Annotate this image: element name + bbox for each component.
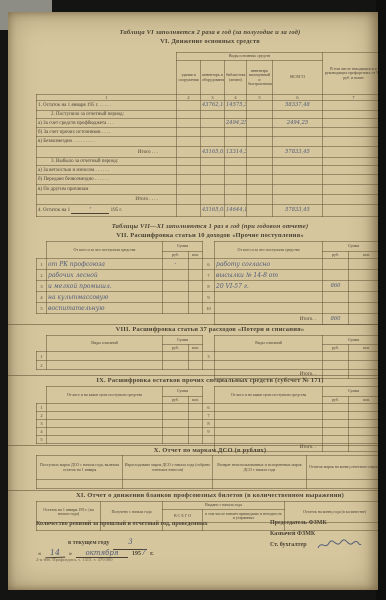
empty-cell	[163, 404, 189, 412]
t7-r3-text: 20 VI-57 г.	[215, 281, 323, 292]
t6-r1-inventory: 43762,10	[201, 101, 225, 111]
t6-r12-label: 4. Остаток на 1 ʺ 195 г.	[37, 205, 177, 217]
empty-cell	[189, 281, 203, 292]
signature-scribble	[316, 538, 362, 552]
table-xi-title: XI. Отчет о движении бланков профсоюзных…	[36, 492, 378, 499]
empty-cell	[349, 292, 378, 303]
accountant-label: Ст. бухгалтер	[270, 542, 307, 548]
t7-left-kop: коп.	[189, 252, 203, 259]
t8-row-2: 2	[37, 361, 379, 370]
empty-cell	[203, 314, 215, 325]
empty-cell	[163, 361, 189, 370]
t11-c1-header: Остаток на 1 января 195 г. (на начало го…	[37, 502, 101, 523]
t9-row-5: 5	[37, 436, 379, 444]
empty-cell	[47, 314, 163, 325]
empty-cell	[163, 314, 189, 325]
empty-cell	[37, 387, 47, 404]
empty-cell	[37, 242, 47, 259]
t6-r12-total: 57833,45	[273, 205, 323, 217]
empty-cell	[247, 158, 273, 166]
t9-r2-num: 7	[203, 412, 215, 420]
empty-cell	[323, 292, 349, 303]
empty-cell	[177, 147, 201, 158]
empty-cell	[323, 205, 379, 217]
empty-cell	[189, 352, 203, 361]
empty-cell	[201, 128, 225, 137]
section-divider-ix	[8, 375, 378, 376]
empty-cell	[215, 436, 323, 444]
t7-right-sum-header: Сумма	[323, 242, 378, 252]
t7-l2-num: 2	[37, 270, 47, 281]
t7-r5-num: 10	[203, 303, 215, 314]
empty-cell	[247, 166, 273, 175]
t9-right-kop: коп.	[349, 397, 378, 404]
t6-r1-label: 1. Остаток на 1 января 195 г. . . . . .	[37, 101, 177, 111]
empty-cell	[213, 480, 307, 489]
empty-cell	[215, 412, 323, 420]
t6-row-worn-out: а) За ветхостью и износом . . . . . .	[37, 166, 379, 175]
t6-col2-header: инвентарь и оборудование	[201, 61, 225, 95]
t8-right-header: Виды списаний	[215, 336, 323, 352]
empty-cell	[323, 270, 349, 281]
empty-cell	[247, 128, 273, 137]
empty-cell	[203, 387, 215, 404]
empty-cell	[323, 119, 379, 128]
empty-cell	[323, 412, 349, 420]
empty-cell	[37, 336, 47, 352]
t6-r12-library: 14644,13	[225, 205, 247, 217]
t8-r1-num: 3	[203, 352, 215, 361]
t10-c2-header: Израсходовано марок ДСО с начала года (с…	[123, 456, 213, 480]
t6-r1-total: 58337,48	[273, 101, 323, 111]
empty-cell	[349, 412, 378, 420]
t11-c3-group-header: Выдано с начала года	[163, 502, 285, 510]
t7-right-kop: коп.	[349, 252, 378, 259]
t7-r1-num: 6	[203, 259, 215, 270]
empty-cell	[225, 175, 247, 185]
t7-r4-text	[215, 292, 323, 303]
empty-cell	[225, 158, 247, 166]
empty-cell	[273, 185, 323, 195]
table-vi-title: VI. Движение основных средств	[36, 38, 378, 45]
t6-r9-label: б) Передано безвозмездно . . . . . .	[37, 175, 177, 185]
empty-cell	[47, 404, 163, 412]
t6-row-balance-jan: 1. Остаток на 1 января 195 г. . . . . . …	[37, 101, 379, 111]
t9-row-2: 2 7	[37, 412, 379, 420]
empty-cell	[247, 119, 273, 128]
empty-cell	[201, 119, 225, 128]
t6-group-header: Виды основных средств	[177, 53, 323, 61]
empty-cell	[163, 428, 189, 436]
t6-r11-label: Итого . . . .	[37, 195, 177, 205]
empty-cell	[189, 412, 203, 420]
t6-r3-total: 2494,25	[273, 119, 323, 128]
empty-cell	[177, 185, 201, 195]
t6-r12-label-a: 4. Остаток на 1	[38, 208, 70, 213]
t9-row-1: 1 6	[37, 404, 379, 412]
t7-r3-rub: 860	[323, 281, 349, 292]
empty-cell	[203, 242, 215, 259]
scanned-form-page: { "colors":{"paper":"#d6c69e","ink":"#4a…	[0, 0, 386, 600]
t9-left-header: От кого и на какие цели поступили средст…	[47, 387, 163, 404]
form-paper: Таблица VI заполняется 2 раза в год (за …	[8, 12, 378, 590]
empty-cell	[225, 128, 247, 137]
empty-cell	[163, 281, 189, 292]
t6-r3-library: 2494,25	[225, 119, 247, 128]
empty-cell	[177, 119, 201, 128]
t7-l4-text: на культмассовую	[47, 292, 163, 303]
t6-row-other-sources: б) За счет прочих источников . . . .	[37, 128, 379, 137]
empty-cell	[177, 158, 201, 166]
empty-cell	[201, 158, 225, 166]
date-year-suffix: г.	[150, 551, 154, 557]
empty-cell	[47, 352, 163, 361]
t6-r2-label: 2. Поступило за отчетный период:	[37, 111, 177, 119]
t7-l5-text: воспитательную	[47, 303, 163, 314]
empty-cell	[177, 195, 201, 205]
empty-cell	[323, 166, 379, 175]
t9-l2-num: 2	[37, 412, 47, 420]
t9-row-3: 3 8	[37, 420, 379, 428]
t6-col5-header: ВСЕГО	[273, 61, 323, 95]
empty-cell	[273, 175, 323, 185]
t9-right-sum-header: Сумма	[323, 387, 378, 397]
t8-left-rub: руб.	[163, 345, 189, 352]
t6-r10-label: в) По другим причинам	[37, 185, 177, 195]
empty-cell	[47, 420, 163, 428]
empty-cell	[273, 137, 323, 147]
empty-cell	[47, 412, 163, 420]
empty-cell	[177, 111, 201, 119]
revisions-line-1: Количество ревизий за прошлый и отчетный…	[36, 521, 252, 527]
t8-left-kop: коп.	[189, 345, 203, 352]
empty-cell	[163, 412, 189, 420]
empty-cell	[323, 404, 349, 412]
empty-cell	[323, 147, 379, 158]
empty-cell	[201, 166, 225, 175]
t7-l3-text: и мелкой промышл.	[47, 281, 163, 292]
t6-r6-label: Итого . . .	[37, 147, 177, 158]
t6-r6-inventory: 43165,02	[201, 147, 225, 158]
t10-c1-header: Поступило марок ДСО с начала года, включ…	[37, 456, 123, 480]
t8-l1-num: 1	[37, 352, 47, 361]
empty-cell	[189, 436, 203, 444]
t7-right-rub: руб.	[323, 252, 349, 259]
t6-row-given-gratis: б) Передано безвозмездно . . . . . .	[37, 175, 379, 185]
table-viii: Виды списаний Сумма Виды списаний Сумма …	[36, 335, 378, 379]
t6-r12-month-blank: ʺ	[71, 208, 109, 214]
t8-left-header: Виды списаний	[47, 336, 163, 352]
t7-itogo-label: Итого. .	[215, 314, 323, 325]
empty-cell	[225, 195, 247, 205]
table-ix: От кого и на какие цели поступили средст…	[36, 386, 378, 452]
t7-row-1: 1 от РК профсоюза - 6 работу согласно	[37, 259, 379, 270]
empty-cell	[215, 352, 323, 361]
table-x-title: X. Отчет по маркам ДСО (в рублях)	[36, 447, 378, 454]
empty-cell	[349, 352, 378, 361]
t7-row-3: 3 и мелкой промышл. 8 20 VI-57 г. 860	[37, 281, 379, 292]
empty-cell	[189, 361, 203, 370]
t9-r1-num: 6	[203, 404, 215, 412]
empty-cell	[47, 428, 163, 436]
empty-cell	[163, 303, 189, 314]
t6-row-subtotal-2: Итого . . . .	[37, 195, 379, 205]
empty-cell	[177, 101, 201, 111]
empty-cell	[349, 420, 378, 428]
empty-cell	[189, 270, 203, 281]
empty-cell	[323, 361, 349, 370]
tables-vii-xi-note: Таблицы VII—XI заполняются 1 раз в год (…	[36, 223, 378, 230]
t6-row-received-header: 2. Поступило за отчетный период:	[37, 111, 379, 119]
empty-cell	[163, 292, 189, 303]
empty-cell	[323, 185, 379, 195]
table-viii-title: VIII. Расшифровка статьи 37 расходов «По…	[36, 326, 378, 333]
t6-r12-inventory: 43165,02	[201, 205, 225, 217]
empty-cell	[201, 185, 225, 195]
empty-cell	[323, 352, 349, 361]
empty-cell	[177, 205, 201, 217]
t7-r2-text: высылки № 14-8 от	[215, 270, 323, 281]
t6-r3-label: а) За счет средств профбюджета . . .	[37, 119, 177, 128]
empty-cell	[323, 195, 379, 205]
chairman-label: Председатель ФЗМК	[270, 520, 327, 526]
t9-row-4: 4 9	[37, 428, 379, 436]
empty-cell	[201, 195, 225, 205]
t11-c2-header: Получено с начала года	[101, 502, 163, 523]
t9-r5-num	[203, 436, 215, 444]
t6-col4-header: инвентарь малоценный и быстроизнашивающи…	[247, 61, 273, 95]
section-divider-xi	[8, 490, 378, 491]
empty-cell	[225, 137, 247, 147]
t9-l3-num: 3	[37, 420, 47, 428]
t7-left-sum-header: Сумма	[163, 242, 203, 252]
t10-body-row	[37, 480, 379, 489]
empty-cell	[37, 480, 123, 489]
t10-c4-header: Остаток марок на конец отчетного периода	[307, 456, 379, 480]
empty-cell	[203, 336, 215, 352]
empty-cell	[201, 137, 225, 147]
empty-cell	[323, 158, 379, 166]
empty-cell	[273, 158, 323, 166]
t7-r5-text	[215, 303, 323, 314]
empty-cell	[189, 259, 203, 270]
t9-l5-num: 5	[37, 436, 47, 444]
empty-cell	[225, 166, 247, 175]
t7-left-who-header: От кого и за что поступили средства	[47, 242, 163, 259]
t7-left-rub: руб.	[163, 252, 189, 259]
empty-cell	[215, 361, 323, 370]
t6-r6-library: 13314,36	[225, 147, 247, 158]
t9-r4-num: 9	[203, 428, 215, 436]
empty-cell	[177, 166, 201, 175]
t8-row-1: 1 3	[37, 352, 379, 361]
empty-cell	[323, 259, 349, 270]
t6-r5-label: в) Безвозмездно . . . . . . . . .	[37, 137, 177, 147]
t7-r1-text: работу согласно	[215, 259, 323, 270]
empty-cell	[323, 175, 379, 185]
t9-l4-num: 4	[37, 428, 47, 436]
empty-cell	[247, 137, 273, 147]
t6-row-gratis: в) Безвозмездно . . . . . . . . .	[37, 137, 379, 147]
t8-right-rub: руб.	[323, 345, 349, 352]
t7-l4-num: 4	[37, 292, 47, 303]
t8-l2-num: 2	[37, 361, 47, 370]
table-vi-note: Таблица VI заполняется 2 раза в год (за …	[36, 29, 378, 36]
t9-l1-num: 1	[37, 404, 47, 412]
empty-cell	[247, 195, 273, 205]
empty-cell	[47, 361, 163, 370]
t7-l1-num: 1	[37, 259, 47, 270]
empty-cell	[307, 480, 379, 489]
empty-cell	[323, 128, 379, 137]
t7-itogo-rub: 860	[323, 314, 349, 325]
empty-cell	[349, 259, 378, 270]
empty-cell	[247, 185, 273, 195]
empty-cell	[323, 428, 349, 436]
section-divider-x	[8, 445, 378, 446]
empty-cell	[189, 420, 203, 428]
empty-cell	[349, 404, 378, 412]
t10-c3-header: Возврат неиспользованных и испорченных м…	[213, 456, 307, 480]
date-year-digit-handwritten: 7	[141, 548, 146, 557]
t8-right-sum-header: Сумма	[323, 336, 378, 345]
table-vii-title: VII. Расшифровка статьи 10 доходов «Проч…	[36, 232, 378, 239]
empty-cell	[273, 111, 323, 119]
empty-cell	[349, 281, 378, 292]
t7-r4-num: 9	[203, 292, 215, 303]
table-vi: Виды основных средств В том числе находя…	[36, 52, 378, 217]
t7-l1-text: от РК профсоюза	[47, 259, 163, 270]
empty-cell	[273, 166, 323, 175]
empty-cell	[247, 175, 273, 185]
empty-cell	[323, 420, 349, 428]
empty-cell	[323, 436, 349, 444]
empty-cell	[323, 303, 349, 314]
t7-row-2: 2 рабочих лесной 7 высылки № 14-8 от	[37, 270, 379, 281]
t9-right-rub: руб.	[323, 397, 349, 404]
empty-cell	[189, 428, 203, 436]
t6-r1-library: 14575,38	[225, 101, 247, 111]
empty-cell	[163, 420, 189, 428]
t8-r2-num	[203, 361, 215, 370]
date-year-printed: 195	[132, 551, 141, 557]
t7-l2-text: рабочих лесной	[47, 270, 163, 281]
t6-r4-label: б) За счет прочих источников . . . .	[37, 128, 177, 137]
empty-cell	[323, 137, 379, 147]
empty-cell	[349, 314, 378, 325]
empty-cell	[247, 101, 273, 111]
empty-cell	[349, 436, 378, 444]
t7-l3-num: 3	[37, 281, 47, 292]
empty-cell	[215, 404, 323, 412]
table-x: Поступило марок ДСО с начала года, включ…	[36, 455, 378, 489]
empty-cell	[349, 303, 378, 314]
empty-cell	[177, 175, 201, 185]
empty-cell	[201, 111, 225, 119]
t7-r3-num: 8	[203, 281, 215, 292]
t7-row-5: 5 воспитательную 10	[37, 303, 379, 314]
print-shop-imprint: 2-я тип. Профиздата, з. 1415, т. 470.000	[36, 557, 113, 562]
empty-cell	[273, 128, 323, 137]
t7-r2-num: 7	[203, 270, 215, 281]
empty-cell	[215, 420, 323, 428]
t8-right-kop: коп.	[349, 345, 378, 352]
t6-row-other-reasons: в) По другим причинам	[37, 185, 379, 195]
treasurer-label: Казначей ФЗМК	[270, 531, 315, 537]
empty-cell	[189, 292, 203, 303]
empty-cell	[37, 314, 47, 325]
empty-cell	[201, 175, 225, 185]
section-divider-viii	[8, 324, 378, 325]
empty-cell	[323, 101, 379, 111]
empty-cell	[189, 314, 203, 325]
empty-cell	[47, 436, 163, 444]
empty-cell	[273, 195, 323, 205]
empty-cell	[323, 111, 379, 119]
empty-cell	[177, 137, 201, 147]
empty-cell	[247, 111, 273, 119]
empty-cell	[349, 270, 378, 281]
empty-cell	[37, 53, 177, 95]
t6-row-disposed-header: 3. Выбыло за отчетный период:	[37, 158, 379, 166]
empty-cell	[163, 352, 189, 361]
t9-left-rub: руб.	[163, 397, 189, 404]
table-vii: От кого и за что поступили средства Сумм…	[36, 241, 378, 325]
empty-cell	[215, 428, 323, 436]
t6-row-from-budget: а) За счет средств профбюджета . . . 249…	[37, 119, 379, 128]
t6-row-subtotal-1: Итого . . . 43165,02 13314,36 57833,45	[37, 147, 379, 158]
t6-r12-label-b: 195 г.	[111, 208, 123, 213]
t6-row-balance-end: 4. Остаток на 1 ʺ 195 г. 43165,02 14644,…	[37, 205, 379, 217]
empty-cell	[123, 480, 213, 489]
empty-cell	[247, 147, 273, 158]
t7-l5-num: 5	[37, 303, 47, 314]
t6-col1-header: здания и сооружения	[177, 61, 201, 95]
table-ix-title: IX. Расшифровка остатков прочих специаль…	[36, 377, 378, 384]
t6-r7-label: 3. Выбыло за отчетный период:	[37, 158, 177, 166]
empty-cell	[247, 205, 273, 217]
t9-left-kop: коп.	[189, 397, 203, 404]
empty-cell	[225, 185, 247, 195]
empty-cell	[177, 128, 201, 137]
empty-cell	[349, 361, 378, 370]
t7-row-itogo: Итого. . 860	[37, 314, 379, 325]
empty-cell	[225, 111, 247, 119]
t7-l1-rub: -	[163, 259, 189, 270]
t6-r8-label: а) За ветхостью и износом . . . . . .	[37, 166, 177, 175]
empty-cell	[189, 404, 203, 412]
t7-row-4: 4 на культмассовую 9	[37, 292, 379, 303]
t9-r3-num: 8	[203, 420, 215, 428]
t8-left-sum-header: Сумма	[163, 336, 203, 345]
t9-right-header: От кого и на какие цели поступили средст…	[215, 387, 323, 404]
t7-right-who-header: От кого и за что поступили средства	[215, 242, 323, 259]
t6-col6-header: В том числе находящихся в руководящих пр…	[323, 53, 379, 95]
empty-cell	[163, 270, 189, 281]
empty-cell	[163, 436, 189, 444]
t9-left-sum-header: Сумма	[163, 387, 203, 397]
empty-cell	[349, 428, 378, 436]
empty-cell	[189, 303, 203, 314]
t6-r6-total: 57833,45	[273, 147, 323, 158]
t6-col3-header: библиотека (книги)	[225, 61, 247, 95]
